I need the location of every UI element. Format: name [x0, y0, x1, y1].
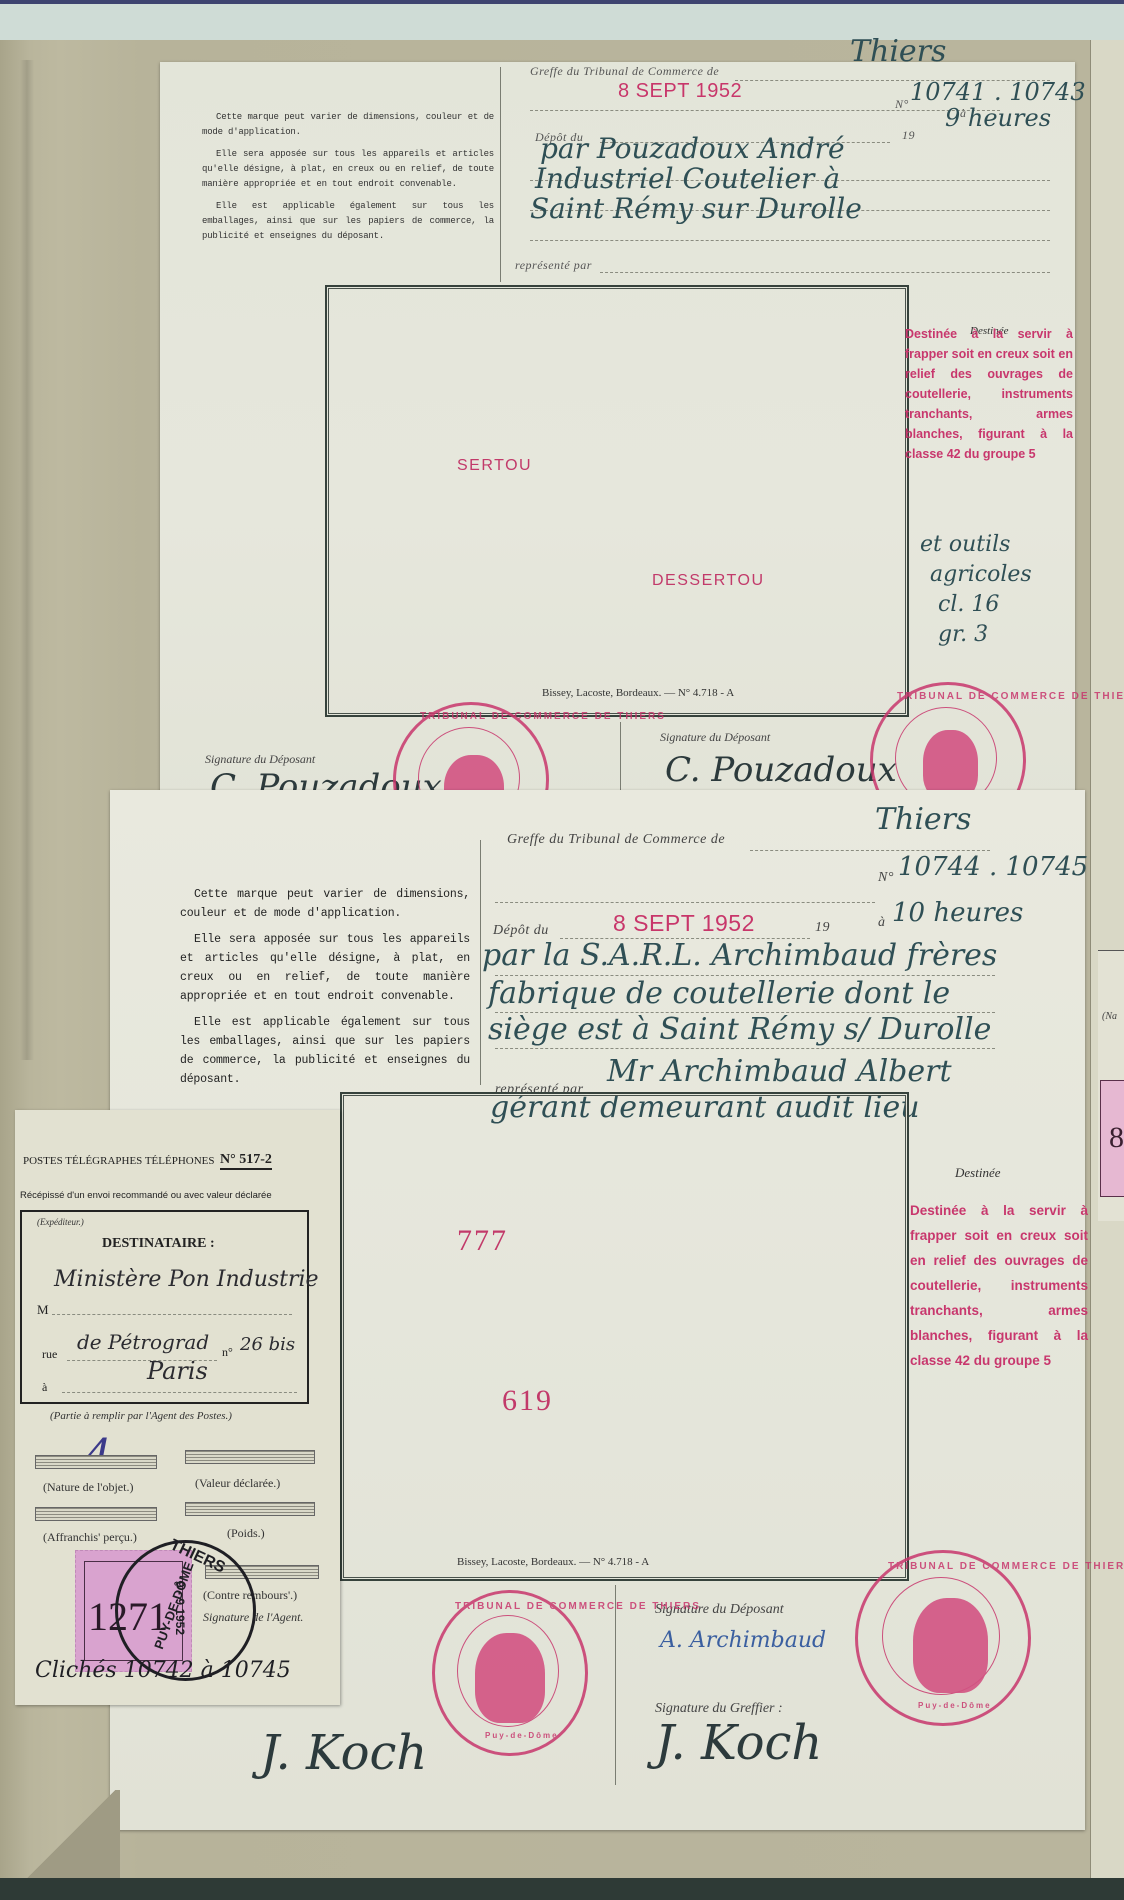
- heure-handwritten: 10 heures: [892, 898, 1023, 928]
- greffe-label: Greffe du Tribunal de Commerce de: [530, 64, 719, 79]
- top-edge: [0, 0, 1124, 4]
- numero-line: [495, 902, 875, 903]
- signature-right: C. Pouzadoux: [665, 750, 897, 790]
- depot-date-stamp: 8 SEPT 1952: [613, 910, 755, 937]
- right-fragment-field: (Na: [1102, 1011, 1117, 1022]
- depot-label: Dépôt du: [493, 923, 549, 939]
- heure-handwritten: 9 heures: [945, 104, 1051, 132]
- a-label: à: [878, 915, 886, 931]
- signature-depositant: A. Archimbaud: [660, 1628, 826, 1653]
- destinee-label: Destinée: [955, 1165, 1000, 1181]
- depositor-line: [495, 1048, 995, 1049]
- seal-text: TRIBUNAL DE COMMERCE DE THIERS: [897, 691, 1124, 702]
- seal-text: TRIBUNAL DE COMMERCE DE THIERS: [455, 1601, 701, 1612]
- seal-text: TRIBUNAL DE COMMERCE DE THIERS: [420, 711, 666, 722]
- represente-handwritten: Mr Archimbaud Albert: [607, 1054, 952, 1089]
- notice-text: Cette marque peut varier de dimensions, …: [202, 110, 494, 251]
- year-prefix: 19: [902, 128, 915, 143]
- destinataire-box: (Expéditeur.) DESTINATAIRE : M Ministère…: [20, 1210, 309, 1404]
- seal-subtext: Puy-de-Dôme: [918, 1701, 992, 1710]
- depositor-handwritten-line: Industriel Coutelier à: [535, 162, 840, 195]
- signature-label-left: Signature du Déposant: [205, 752, 315, 767]
- depositor-handwritten-line: par la S.A.R.L. Archimbaud frères: [482, 938, 997, 973]
- a-line: [62, 1392, 297, 1393]
- tribunal-seal: TRIBUNAL DE COMMERCE DE THIERS Puy-de-Dô…: [855, 1550, 1031, 1726]
- a-label: à: [42, 1380, 47, 1395]
- destinee-handwritten: et outils: [920, 532, 1010, 557]
- footer-handwritten: Clichés 10742 à 10745: [35, 1658, 291, 1683]
- depositor-handwritten-line: siège est à Saint Rémy s/ Durolle: [488, 1012, 991, 1047]
- depositor-line: [530, 240, 1050, 241]
- signature-label-right: Signature du Déposant: [660, 730, 770, 745]
- mark-number: 619: [502, 1384, 553, 1418]
- background-wall: [0, 0, 1124, 40]
- signature-greffier: J. Koch: [655, 1715, 822, 1771]
- agent-section-label: (Partie à remplir par l'Agent des Postes…: [50, 1410, 232, 1422]
- slip-field-label: (Affranchis' perçu.): [43, 1530, 137, 1545]
- depot-date-stamp: 8 SEPT 1952: [618, 80, 742, 103]
- depositor-handwritten-line: par Pouzadoux André: [540, 132, 845, 165]
- numero-handwritten: 10741 . 10743: [910, 78, 1086, 106]
- greffe-line: [750, 850, 990, 851]
- slip-field-label: (Poids.): [227, 1526, 265, 1541]
- trademark-form-1: Cette marque peut varier de dimensions, …: [160, 62, 1075, 807]
- board-fold: [20, 60, 34, 1060]
- notice-text: Cette marque peut varier de dimensions, …: [180, 885, 470, 1096]
- greffe-handwritten: Thiers: [850, 34, 946, 69]
- column-divider: [500, 67, 501, 282]
- slip-field-label: (Valeur déclarée.): [195, 1476, 280, 1491]
- notice-paragraph: Elle sera apposée sur tous les appareils…: [180, 930, 470, 1006]
- represente-line: [600, 272, 1050, 273]
- postmark-date: 9 - 9 1952: [173, 1581, 187, 1635]
- field-hatch: [185, 1450, 315, 1464]
- represente-label: représenté par: [515, 258, 592, 273]
- notice-paragraph: Cette marque peut varier de dimensions, …: [180, 885, 470, 923]
- notice-paragraph: Elle est applicable également sur tous l…: [180, 1013, 470, 1089]
- ptt-header: POSTES TÉLÉGRAPHES TÉLÉPHONES: [23, 1155, 215, 1167]
- mark-word: DESSERTOU: [652, 572, 765, 590]
- field-hatch: [185, 1502, 315, 1516]
- seal-subtext: Puy-de-Dôme: [485, 1731, 559, 1740]
- numero-label: N°: [878, 870, 894, 886]
- greffe-handwritten: Thiers: [875, 802, 971, 837]
- a-handwritten: Paris: [147, 1357, 208, 1385]
- year-prefix: 19: [815, 920, 830, 936]
- depositor-handwritten-line: fabrique de coutellerie dont le: [488, 976, 950, 1011]
- slip-field-label: (Nature de l'objet.): [43, 1480, 133, 1495]
- numero-label: N°: [895, 97, 909, 112]
- no-label: n°: [222, 1345, 233, 1360]
- destinee-handwritten: cl. 16: [938, 592, 999, 617]
- right-pink-label: 8: [1100, 1080, 1124, 1197]
- right-pink-digit: 8: [1109, 1121, 1124, 1155]
- destinee-handwritten: gr. 3: [938, 622, 988, 647]
- destinee-stamp: Destinée à la servir à frapper soit en c…: [905, 324, 1073, 464]
- field-hatch: [35, 1455, 157, 1469]
- notice-paragraph: Cette marque peut varier de dimensions, …: [202, 110, 494, 140]
- printer-line: Bissey, Lacoste, Bordeaux. — N° 4.718 - …: [457, 1556, 649, 1568]
- expediteur-label: (Expéditeur.): [37, 1217, 84, 1227]
- trademark-box: 777 619 Bissey, Lacoste, Bordeaux. — N° …: [340, 1092, 909, 1581]
- column-divider: [480, 840, 481, 1085]
- signature-divider: [615, 1585, 616, 1785]
- seal-text: TRIBUNAL DE COMMERCE DE THIERS: [888, 1561, 1124, 1572]
- destinataire-label: DESTINATAIRE :: [102, 1236, 215, 1252]
- tribunal-seal: TRIBUNAL DE COMMERCE DE THIERS Puy-de-Dô…: [432, 1590, 588, 1756]
- m-handwritten: Ministère Pon Industrie: [54, 1267, 319, 1292]
- depositor-handwritten-line: Saint Rémy sur Durolle: [530, 192, 862, 225]
- signature-greffier-left: J. Koch: [260, 1725, 427, 1781]
- numero-line: [530, 110, 1000, 111]
- numero-handwritten: 10744 . 10745: [898, 852, 1088, 882]
- printer-line: Bissey, Lacoste, Bordeaux. — N° 4.718 - …: [542, 687, 734, 699]
- bottom-edge: [0, 1878, 1124, 1900]
- no-handwritten: 26 bis: [240, 1334, 295, 1355]
- mark-number: 777: [457, 1224, 508, 1258]
- destinee-handwritten: agricoles: [930, 562, 1032, 587]
- rue-label: rue: [42, 1347, 57, 1362]
- mark-word: SERTOU: [457, 457, 532, 475]
- notice-paragraph: Elle sera apposée sur tous les appareils…: [202, 147, 494, 192]
- postmark-city: THIERS: [167, 1536, 228, 1577]
- form-number: N° 517-2: [220, 1152, 272, 1170]
- trademark-box: SERTOU DESSERTOU Bissey, Lacoste, Bordea…: [325, 285, 909, 717]
- rue-handwritten: de Pétrograd: [77, 1330, 209, 1354]
- greffe-label: Greffe du Tribunal de Commerce de: [507, 832, 725, 848]
- m-label: M: [37, 1302, 49, 1318]
- postal-receipt: POSTES TÉLÉGRAPHES TÉLÉPHONES N° 517-2 R…: [15, 1110, 340, 1705]
- m-line: [52, 1314, 292, 1315]
- notice-paragraph: Elle est applicable également sur tous l…: [202, 199, 494, 244]
- destinee-stamp: Destinée à la servir à frapper soit en c…: [910, 1198, 1088, 1373]
- field-hatch: [35, 1507, 157, 1521]
- receipt-subtitle: Récépissé d'un envoi recommandé ou avec …: [20, 1190, 272, 1201]
